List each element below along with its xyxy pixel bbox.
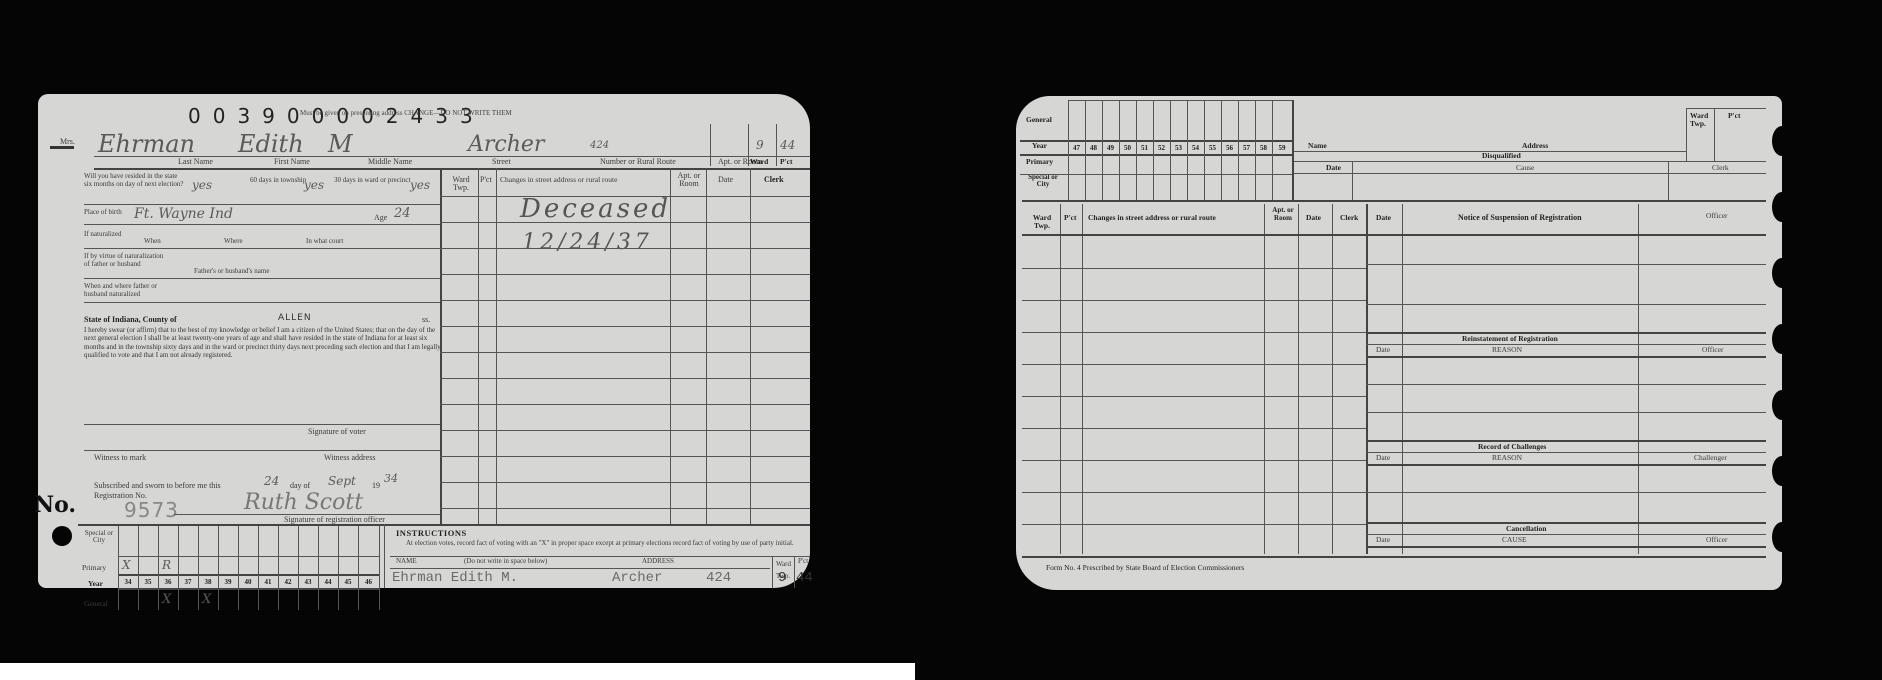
virtue-label: If by virtue of naturalization of father… (84, 252, 164, 268)
typed-number: 424 (706, 570, 731, 586)
rule (1686, 108, 1766, 109)
street-value: Archer (468, 132, 544, 157)
pct-value: 44 (780, 138, 795, 152)
header-notice: Must be given on presenting address CHAN… (300, 110, 512, 117)
rule (776, 124, 777, 166)
voter-registration-card-front: 003900002433 Must be given on presenting… (38, 94, 810, 588)
rule (440, 430, 810, 431)
typed-pct: 44 (796, 570, 813, 586)
year-cell: 57 (1238, 144, 1255, 152)
vr-label-primary: Primary (82, 564, 106, 572)
number-value: 424 (590, 140, 609, 151)
instr-no-write-label: (Do not write in space below) (464, 558, 547, 565)
ward-value: 9 (756, 138, 764, 152)
age-label: Age (374, 214, 387, 222)
first-name-value: Edith (238, 130, 304, 158)
ct-header-pct: P'ct (1064, 214, 1077, 222)
ss-label: ss. (422, 316, 430, 324)
rule (710, 124, 711, 166)
year-cell: 43 (298, 578, 318, 586)
rule (440, 404, 810, 405)
rule (84, 450, 440, 451)
vr-label-year: Year (88, 580, 103, 588)
deceased-note: Deceased (520, 194, 671, 224)
general-mark: X (202, 592, 211, 607)
year-cell: 51 (1136, 144, 1153, 152)
deceased-date: 12/24/37 (522, 230, 653, 255)
blank-strip (0, 663, 915, 680)
general-mark: X (162, 592, 171, 607)
ct-header-apt: Apt. or Room (674, 172, 704, 188)
rule (1294, 173, 1766, 174)
punch-hole (1772, 324, 1792, 354)
title-prefix: Mrs. (60, 138, 75, 146)
witness-mark-label: Witness to mark (94, 454, 146, 462)
where-label: Where (224, 238, 243, 245)
dq-ward-label: Ward Twp. (1690, 112, 1712, 128)
vr-label-primary: Primary (1026, 158, 1053, 166)
ct-header-date: Date (718, 176, 733, 184)
rule (794, 556, 795, 588)
dq-date-label: Date (1326, 164, 1341, 172)
rule (440, 274, 810, 275)
q-state-label: Will you have resided in the state six m… (84, 172, 184, 188)
rule (94, 168, 810, 170)
title-underline (50, 146, 74, 149)
officer-signature: Ruth Scott (244, 490, 363, 515)
rule (1022, 556, 1766, 558)
middle-name-value: M (328, 130, 353, 158)
year-cell: 53 (1170, 144, 1187, 152)
middle-name-label: Middle Name (368, 158, 412, 166)
court-label: In what court (306, 238, 343, 245)
vr-label-special: Special or City (84, 530, 114, 544)
year-cell: 34 (118, 578, 138, 586)
punch-hole (1772, 192, 1792, 222)
rule (772, 556, 773, 588)
year-cell: 40 (238, 578, 258, 586)
dq-clerk-label: Clerk (1712, 164, 1729, 172)
rule (1668, 162, 1669, 200)
susp-officer-label: Officer (1706, 212, 1728, 220)
voting-record-grid-1934-1946: 34 35 36 37 38 39 40 41 42 43 44 45 46 X… (118, 526, 380, 610)
registration-number: 9573 (124, 498, 179, 522)
dq-name-label: Name (1308, 142, 1327, 150)
year-prefix: 19 (372, 482, 380, 490)
ct-header-date: Date (1306, 214, 1321, 222)
typed-ward: 9 (778, 570, 786, 586)
place-of-birth-value: Ft. Wayne Ind (134, 206, 233, 222)
pct-label: P'ct (780, 158, 793, 166)
ct-header-changes: Changes in street address or rural route (500, 176, 617, 184)
rule (440, 378, 810, 379)
punch-hole (1772, 390, 1792, 420)
year-cell: 50 (1119, 144, 1136, 152)
year-cell: 38 (198, 578, 218, 586)
day-of-label: day of (290, 482, 310, 490)
year-cell: 55 (1204, 144, 1221, 152)
rule (1686, 108, 1687, 162)
canc-cause-label: CAUSE (1502, 536, 1527, 544)
ct-header-ward: Ward Twp. (1026, 214, 1058, 230)
typed-street: Archer (612, 570, 662, 586)
rule (384, 524, 385, 588)
susp-title: Notice of Suspension of Registration (1458, 214, 1582, 222)
place-of-birth-label: Place of birth (84, 208, 124, 216)
a-ward-value: yes (410, 178, 430, 192)
reinst-officer-label: Officer (1702, 346, 1724, 354)
rule (84, 278, 440, 279)
rule (1352, 162, 1353, 200)
first-name-label: First Name (274, 158, 310, 166)
street-label: Street (492, 158, 511, 166)
rule (84, 204, 440, 205)
instructions-text: At election votes, record fact of voting… (406, 539, 806, 547)
year-cell: 56 (1221, 144, 1238, 152)
rule (84, 248, 440, 249)
when-where-label: When and where father or husband natural… (84, 282, 174, 298)
ct-header-changes: Changes in street address or rural route (1088, 214, 1216, 222)
year-cell: 44 (318, 578, 338, 586)
rule (84, 302, 440, 303)
punch-hole (8, 274, 28, 304)
dq-title: Disqualified (1482, 152, 1521, 160)
year-cell: 48 (1085, 144, 1102, 152)
state-line: State of Indiana, County of (84, 316, 177, 324)
ward-label: Ward (750, 158, 768, 166)
canc-officer-label: Officer (1706, 536, 1728, 544)
typed-name: Ehrman Edith M. (392, 570, 518, 586)
voter-signature-line (84, 424, 440, 425)
form-footer: Form No. 4 Prescribed by State Board of … (1046, 564, 1244, 572)
last-name-value: Ehrman (98, 130, 195, 158)
punch-hole (8, 204, 28, 234)
age-value: 24 (394, 206, 411, 221)
primary-mark: R (162, 558, 171, 572)
rule (1022, 200, 1766, 202)
instr-address-label: ADDRESS (642, 558, 674, 565)
chal-reason-label: REASON (1492, 454, 1522, 462)
year-cell: 37 (178, 578, 198, 586)
oath-text: I hereby swear (or affirm) that to the b… (84, 326, 444, 360)
subscribed-day: 24 (264, 474, 279, 488)
rule (1714, 108, 1715, 162)
subscribed-month: Sept (328, 474, 356, 488)
a-state-value: yes (192, 178, 212, 192)
canc-date-label: Date (1376, 536, 1390, 544)
punch-hole (1772, 258, 1792, 288)
chal-title: Record of Challenges (1478, 443, 1546, 451)
year-cell: 39 (218, 578, 238, 586)
ct-header-clerk: Clerk (1340, 214, 1358, 222)
punch-hole (8, 134, 28, 164)
year-cell: 36 (158, 578, 178, 586)
instr-name-label: NAME (396, 558, 417, 565)
year-cell: 49 (1102, 144, 1119, 152)
vr-label-year: Year (1032, 142, 1047, 150)
subscribed-year: 34 (384, 472, 398, 485)
rule (390, 568, 770, 569)
subscribed-label: Subscribed and sworn to before me this (94, 482, 221, 490)
a-township-value: yes (304, 178, 324, 192)
ct-header-apt: Apt. or Room (1268, 206, 1298, 222)
county-value: ALLEN (278, 313, 312, 323)
rule (440, 456, 810, 457)
chal-date-label: Date (1376, 454, 1390, 462)
dq-address-label: Address (1522, 142, 1548, 150)
primary-mark: X (122, 558, 131, 572)
susp-date-label: Date (1376, 214, 1391, 222)
year-cell: 41 (258, 578, 278, 586)
year-cell: 59 (1272, 144, 1292, 152)
witness-address-label: Witness address (324, 454, 375, 462)
rule (440, 482, 810, 483)
voter-registration-card-back: General Year Primary Special or City 47 … (1016, 96, 1782, 590)
vr-label-special: Special or City (1028, 174, 1058, 188)
dq-pct-label: P'ct (1728, 112, 1741, 120)
when-label: When (144, 238, 161, 245)
ct-header-pct: P'ct (480, 176, 492, 184)
year-cell: 58 (1255, 144, 1272, 152)
punch-hole (1772, 522, 1792, 552)
number-label: Number or Rural Route (600, 158, 676, 166)
signature-voter-label: Signature of voter (308, 428, 366, 436)
rule (440, 508, 810, 509)
year-cell: 54 (1187, 144, 1204, 152)
dq-cause-label: Cause (1516, 164, 1534, 172)
q-ward-label: 30 days in ward or precinct (334, 176, 414, 184)
voting-record-grid-1947-1959: 47 48 49 50 51 52 53 54 55 56 57 58 59 (1068, 100, 1294, 200)
year-cell: 46 (358, 578, 379, 586)
rule (1294, 161, 1766, 162)
vr-label-general: General (84, 600, 108, 608)
instructions-title: INSTRUCTIONS (396, 529, 467, 538)
reinst-date-label: Date (1376, 346, 1390, 354)
punch-hole-round (52, 526, 72, 546)
chal-challenger-label: Challenger (1694, 454, 1727, 462)
year-cell: 42 (278, 578, 298, 586)
punch-hole (1772, 456, 1792, 486)
signature-officer-label: Signature of registration officer (284, 516, 385, 524)
last-name-label: Last Name (178, 158, 213, 166)
rule (440, 326, 810, 327)
rule (440, 352, 810, 353)
reinst-reason-label: REASON (1492, 346, 1522, 354)
year-cell: 47 (1068, 144, 1085, 152)
punch-hole (1772, 126, 1792, 156)
punch-hole (8, 344, 28, 374)
reinst-title: Reinstatement of Registration (1462, 335, 1558, 343)
year-cell: 52 (1153, 144, 1170, 152)
canc-title: Cancellation (1506, 525, 1546, 533)
changes-table: Ward Twp. P'ct Changes in street address… (1022, 204, 1766, 554)
year-cell: 45 (338, 578, 358, 586)
rule (390, 556, 810, 557)
ct-header-clerk: Clerk (764, 176, 784, 184)
vr-label-general: General (1026, 116, 1052, 124)
rule (84, 224, 440, 225)
year-cell: 35 (138, 578, 158, 586)
no-symbol: No. (34, 492, 76, 518)
instr-pct-label: P'ct (798, 558, 808, 565)
naturalized-label: If naturalized (84, 230, 134, 238)
ct-header-ward: Ward Twp. (446, 176, 476, 192)
rule (440, 300, 810, 301)
father-name-label: Father's or husband's name (194, 268, 269, 275)
